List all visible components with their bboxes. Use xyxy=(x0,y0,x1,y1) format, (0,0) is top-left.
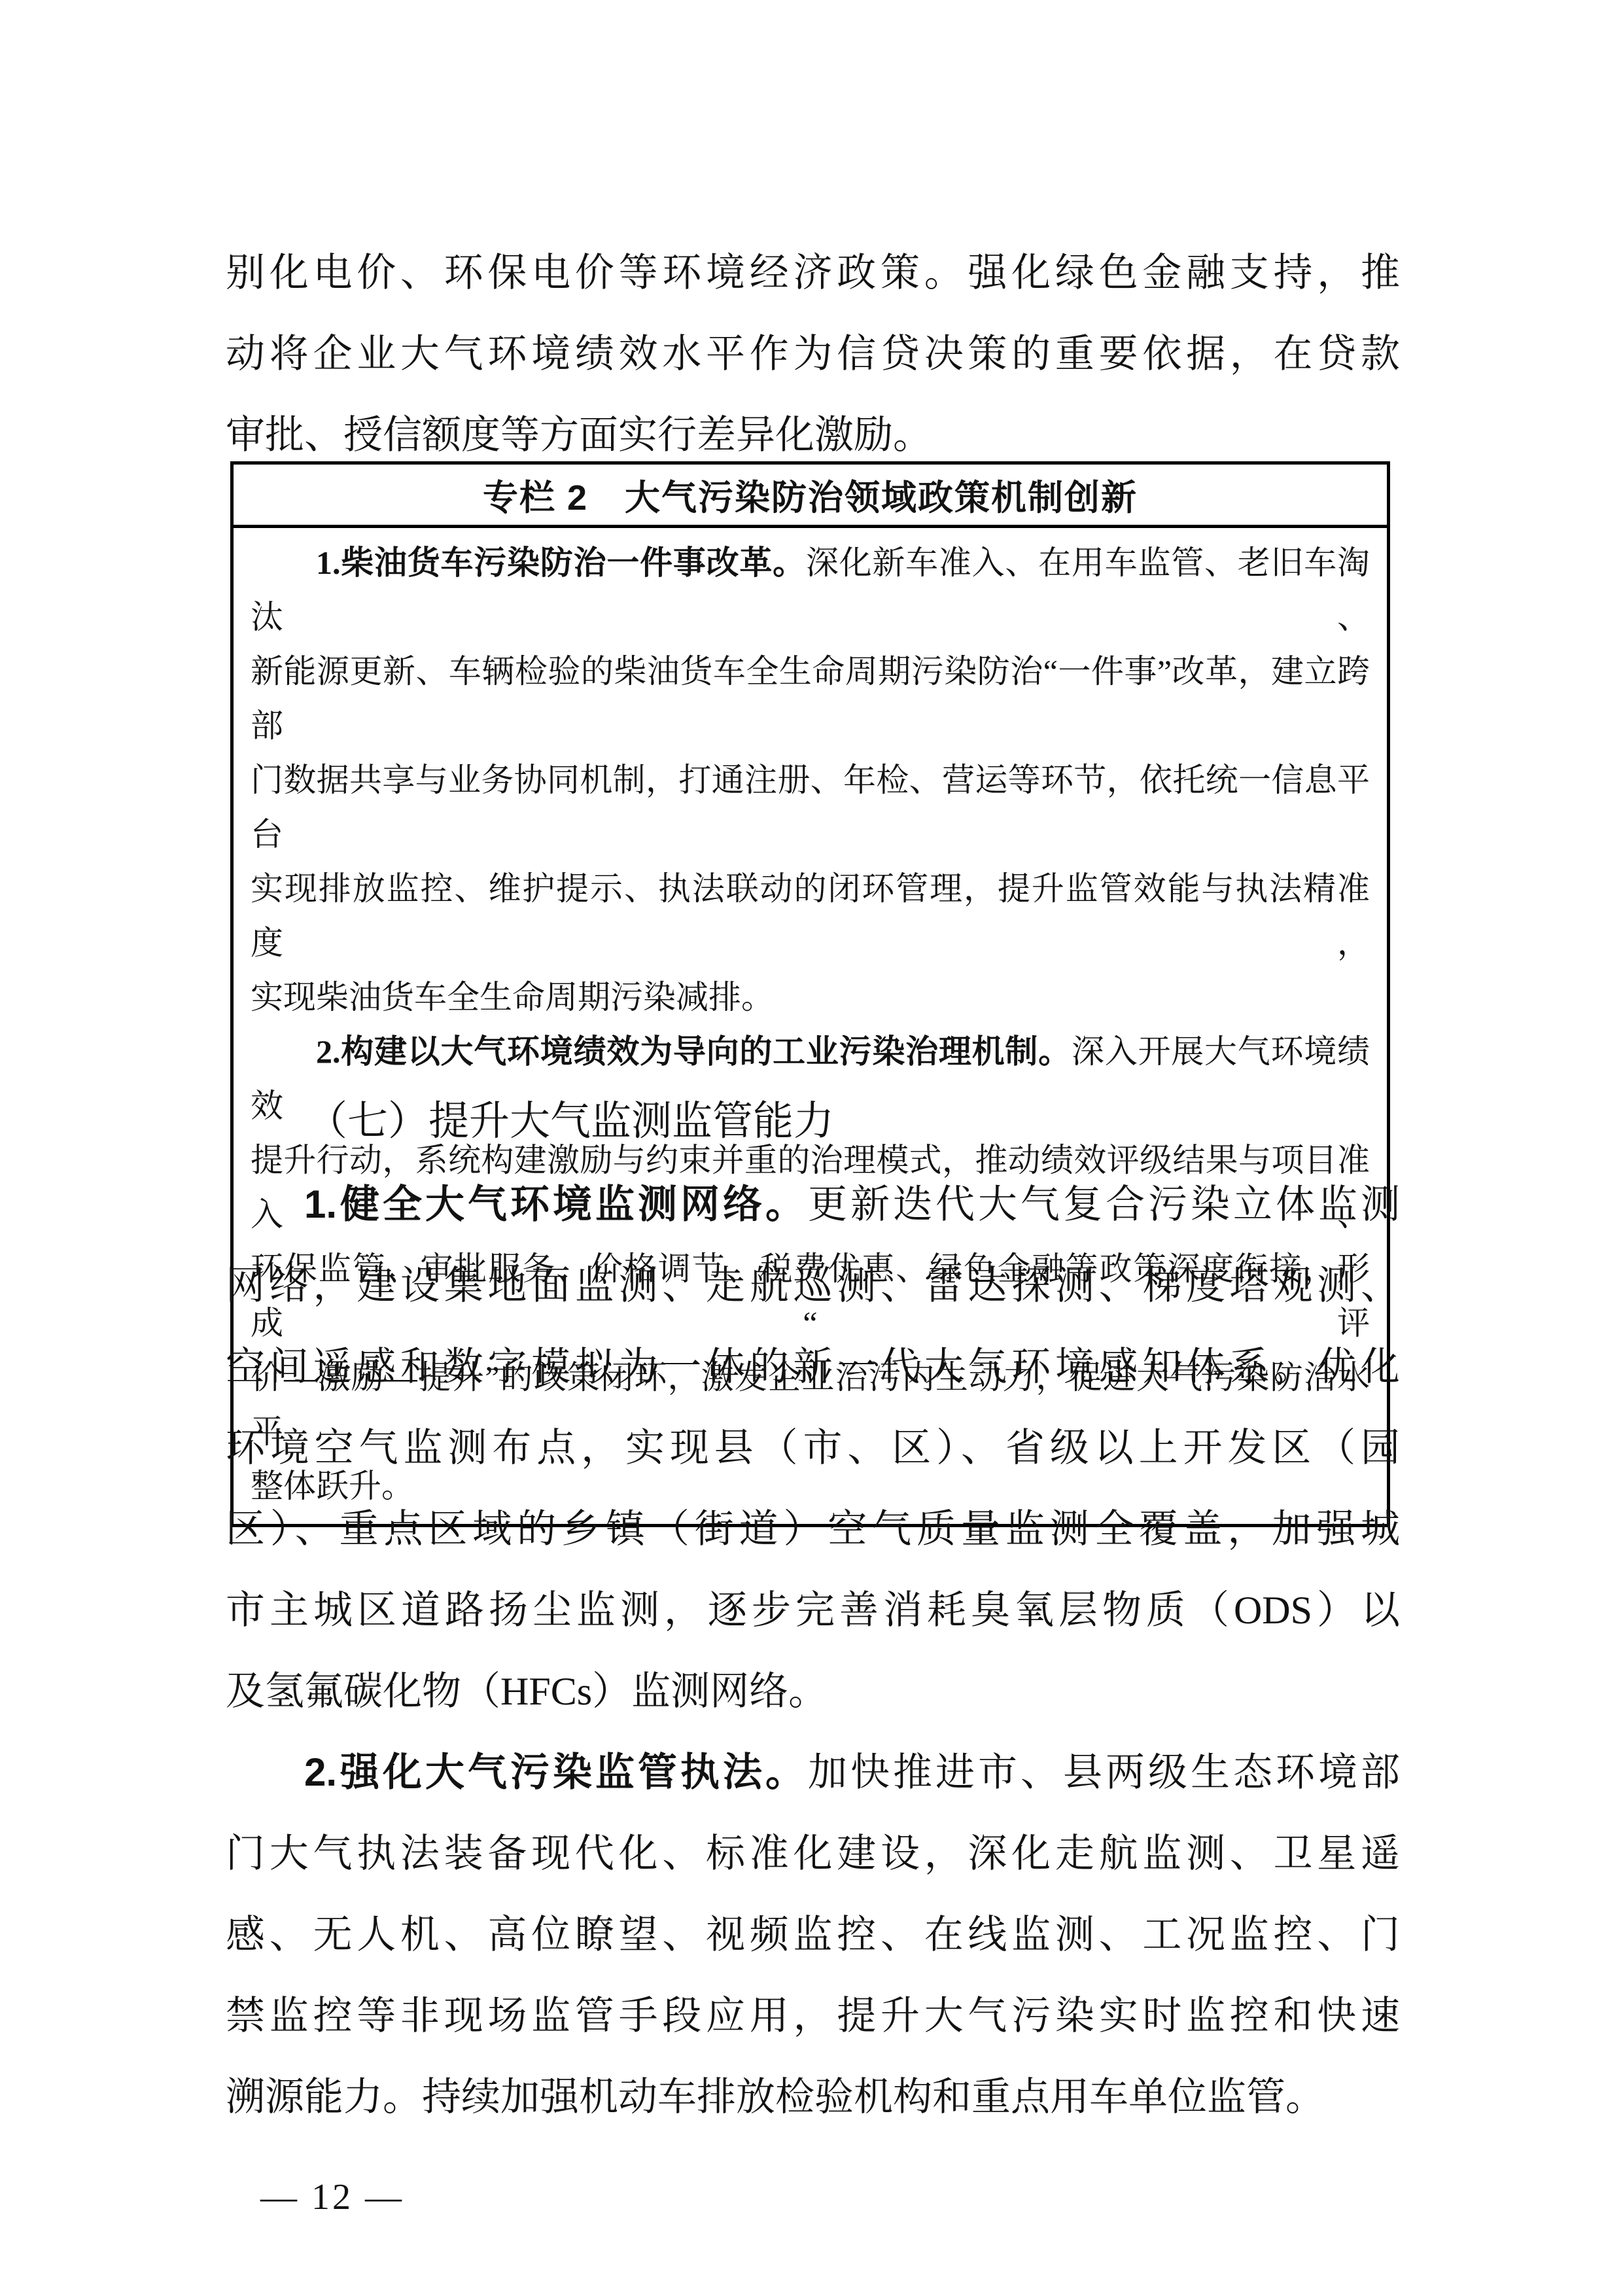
text-run: 门大气执法装备现代化、标准化建设，深化走航监测、卫星遥 xyxy=(226,1832,1400,1875)
text-run: 市主城区道路扬尘监测，逐步完善消耗臭氧层物质（ODS）以 xyxy=(226,1589,1400,1632)
text-line: 新能源更新、车辆检验的柴油货车全生命周期污染防治“一件事”改革，建立跨部 xyxy=(251,645,1370,753)
text-line: 门大气执法装备现代化、标准化建设，深化走航监测、卫星遥 xyxy=(226,1813,1400,1894)
bold-run: 2.构建以大气环境绩效为导向的工业污染治理机制。 xyxy=(316,1033,1072,1070)
paragraph-enforcement: 2.强化大气污染监管执法。加快推进市、县两级生态环境部门大气执法装备现代化、标准… xyxy=(226,1732,1400,2138)
text-line: 环境空气监测布点，实现县（市、区）、省级以上开发区（园 xyxy=(226,1407,1400,1489)
text-run: 感、无人机、高位瞭望、视频监控、在线监测、工况监控、门 xyxy=(226,1913,1400,1956)
text-line: 感、无人机、高位瞭望、视频监控、在线监测、工况监控、门 xyxy=(226,1894,1400,1975)
text-line: 及氢氟碳化物（HFCs）监测网络。 xyxy=(226,1651,1400,1732)
text-line: 动将企业大气环境绩效水平作为信贷决策的重要依据，在贷款 xyxy=(226,313,1400,395)
text-line: 实现柴油货车全生命周期污染减排。 xyxy=(251,970,1370,1025)
text-line: 网络，建设集地面监测、走航巡测、雷达探测、梯度塔观测、 xyxy=(226,1245,1400,1326)
text-run: 门数据共享与业务协同机制，打通注册、年检、营运等环节，依托统一信息平台 xyxy=(251,762,1370,853)
text-line: 1.健全大气环境监测网络。更新迭代大气复合污染立体监测 xyxy=(226,1164,1400,1245)
policy-box-title: 专栏 2 大气污染防治领域政策机制创新 xyxy=(234,465,1387,528)
text-line: 区）、重点区域的乡镇（街道）空气质量监测全覆盖，加强城 xyxy=(226,1489,1400,1570)
text-run: 审批、授信额度等方面实行差异化激励。 xyxy=(226,414,932,457)
text-line: 门数据共享与业务协同机制，打通注册、年检、营运等环节，依托统一信息平台 xyxy=(251,753,1370,862)
text-run: 新能源更新、车辆检验的柴油货车全生命周期污染防治“一件事”改革，建立跨部 xyxy=(251,653,1370,744)
text-line: 别化电价、环保电价等环境经济政策。强化绿色金融支持，推 xyxy=(226,232,1400,313)
text-run: 禁监控等非现场监管手段应用，提升大气污染实时监控和快速 xyxy=(226,1994,1400,2038)
bold-run: 2.强化大气污染监管执法。 xyxy=(304,1750,808,1794)
text-run: 空间遥感和数字模拟为一体的新一代大气环境感知体系。优化 xyxy=(226,1345,1400,1388)
text-line: 1.柴油货车污染防治一件事改革。深化新车准入、在用车监管、老旧车淘汰、 xyxy=(251,536,1370,645)
text-line: 溯源能力。持续加强机动车排放检验机构和重点用车单位监管。 xyxy=(226,2057,1400,2138)
text-run: 更新迭代大气复合污染立体监测 xyxy=(808,1183,1400,1226)
section-heading: （七）提升大气监测监管能力 xyxy=(226,1081,1400,1162)
text-run: 网络，建设集地面监测、走航巡测、雷达探测、梯度塔观测、 xyxy=(226,1264,1400,1307)
text-run: 加快推进市、县两级生态环境部 xyxy=(808,1751,1400,1794)
bold-run: 1.柴油货车污染防治一件事改革。 xyxy=(316,544,806,581)
text-line: 禁监控等非现场监管手段应用，提升大气污染实时监控和快速 xyxy=(226,1975,1400,2057)
text-line: 空间遥感和数字模拟为一体的新一代大气环境感知体系。优化 xyxy=(226,1326,1400,1407)
document-page: 别化电价、环保电价等环境经济政策。强化绿色金融支持，推动将企业大气环境绩效水平作… xyxy=(0,0,1623,2296)
page-number: — 12 — xyxy=(260,2171,404,2223)
text-line: 实现排放监控、维护提示、执法联动的闭环管理，提升监管效能与执法精准度， xyxy=(251,862,1370,970)
text-run: 实现柴油货车全生命周期污染减排。 xyxy=(251,979,774,1016)
text-run: 溯源能力。持续加强机动车排放检验机构和重点用车单位监管。 xyxy=(226,2075,1325,2119)
text-run: 动将企业大气环境绩效水平作为信贷决策的重要依据，在贷款 xyxy=(226,332,1400,376)
text-run: 别化电价、环保电价等环境经济政策。强化绿色金融支持，推 xyxy=(226,251,1400,294)
text-run: 实现排放监控、维护提示、执法联动的闭环管理，提升监管效能与执法精准度， xyxy=(251,870,1370,961)
text-line: 市主城区道路扬尘监测，逐步完善消耗臭氧层物质（ODS）以 xyxy=(226,1570,1400,1651)
text-line: 2.强化大气污染监管执法。加快推进市、县两级生态环境部 xyxy=(226,1732,1400,1813)
text-run: 环境空气监测布点，实现县（市、区）、省级以上开发区（园 xyxy=(226,1426,1400,1470)
intro-paragraph: 别化电价、环保电价等环境经济政策。强化绿色金融支持，推动将企业大气环境绩效水平作… xyxy=(226,232,1400,476)
text-run: 及氢氟碳化物（HFCs）监测网络。 xyxy=(226,1670,828,1713)
paragraph-monitoring-network: 1.健全大气环境监测网络。更新迭代大气复合污染立体监测网络，建设集地面监测、走航… xyxy=(226,1164,1400,1732)
text-run: 区）、重点区域的乡镇（街道）空气质量监测全覆盖，加强城 xyxy=(226,1508,1400,1551)
bold-run: 1.健全大气环境监测网络。 xyxy=(304,1182,808,1226)
